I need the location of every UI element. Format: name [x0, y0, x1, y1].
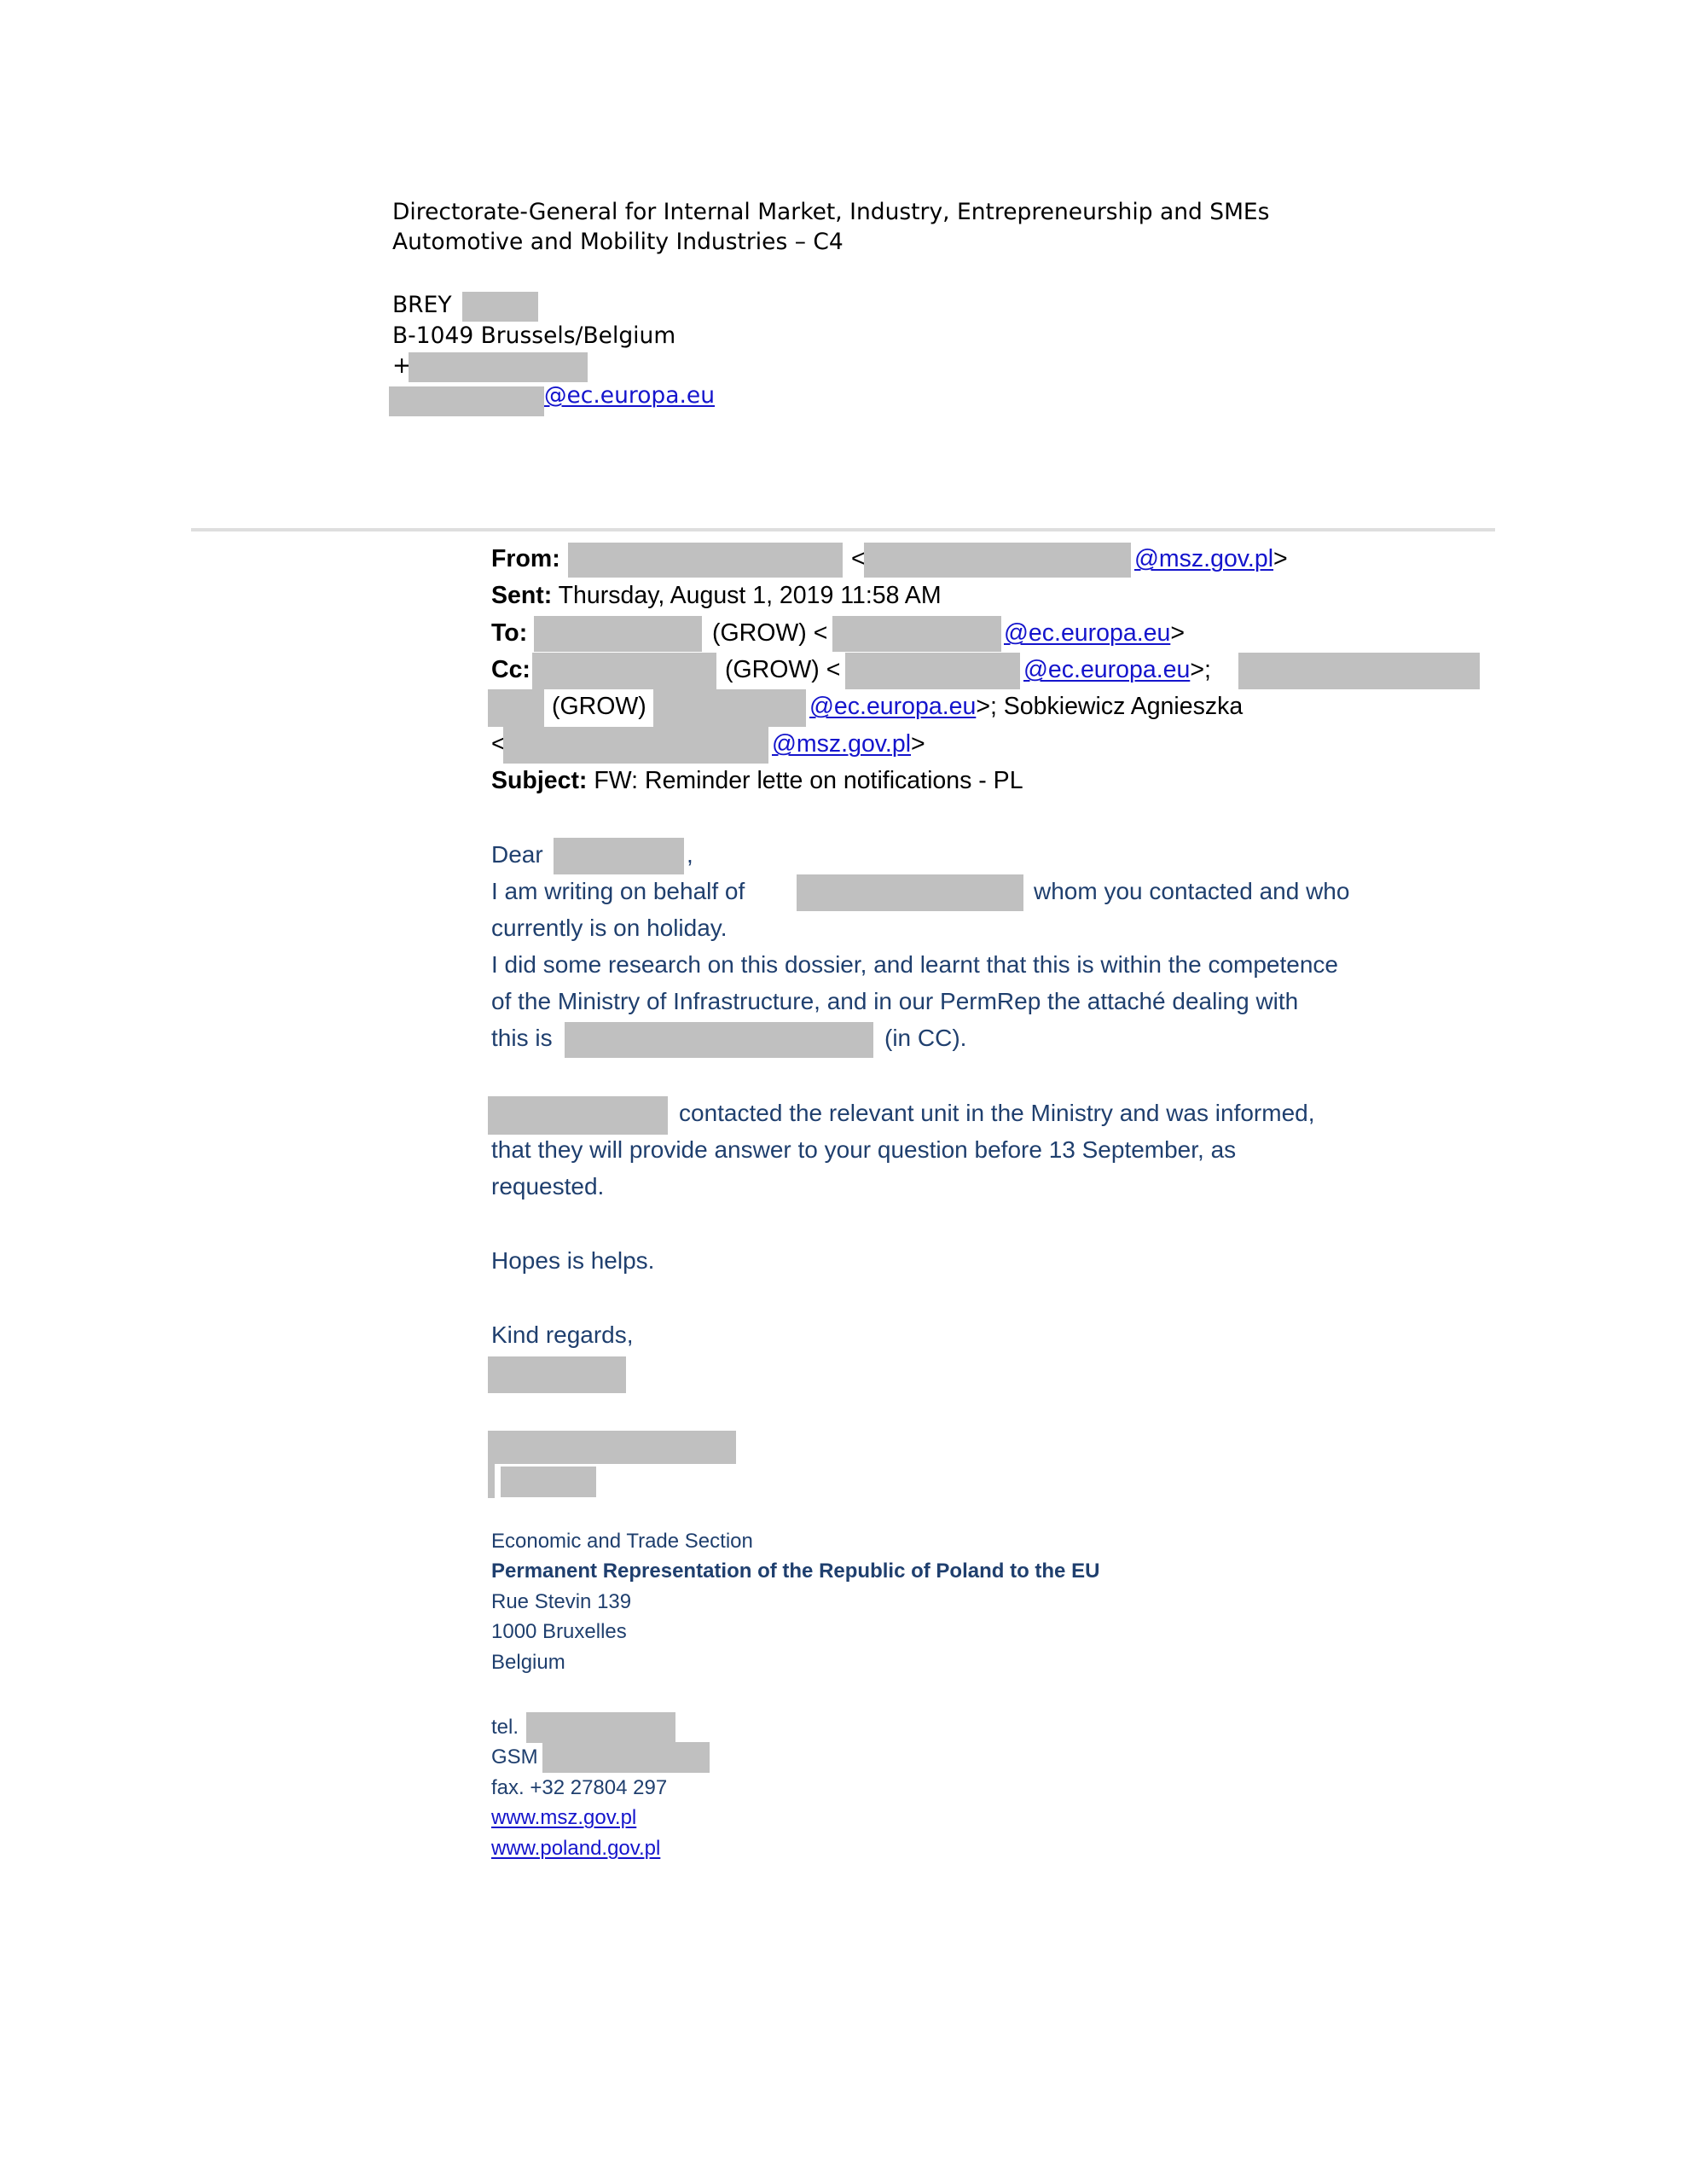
closing: Kind regards,: [491, 1323, 634, 1347]
cc2-separator: >; Sobkiewicz Agnieszka: [976, 693, 1243, 720]
redaction-box: [653, 689, 806, 727]
greeting: Dear: [491, 843, 543, 867]
body-text: Hopes is helps.: [491, 1249, 654, 1273]
redaction-box: [488, 1464, 495, 1498]
to-gt: >: [1170, 619, 1185, 647]
body-text: whom you contacted and who: [1034, 880, 1349, 903]
unit-line: Automotive and Mobility Industries – C4: [392, 231, 843, 254]
signature-country: Belgium: [491, 1653, 565, 1673]
cc2-email-link[interactable]: @ec.europa.eu: [809, 693, 976, 720]
sent-line: Sent: Thursday, August 1, 2019 11:58 AM: [491, 584, 942, 608]
from-email-link[interactable]: @msz.gov.pl: [1134, 545, 1273, 572]
redaction-box: [488, 1356, 626, 1393]
subject-label: Subject:: [491, 767, 587, 794]
dg-line: Directorate-General for Internal Market,…: [392, 201, 1269, 224]
redaction-box: [488, 689, 544, 727]
signature-city: 1000 Bruxelles: [491, 1622, 627, 1642]
redaction-box: [797, 874, 1023, 911]
from-address: @msz.gov.pl>: [1134, 547, 1288, 572]
body-text: I am writing on behalf of: [491, 880, 745, 903]
redaction-box: [832, 616, 1001, 652]
signature-street: Rue Stevin 139: [491, 1592, 631, 1612]
sender-email-link[interactable]: @ec.europa.eu: [544, 385, 715, 408]
signature-section: Economic and Trade Section: [491, 1531, 753, 1552]
msz-website-link[interactable]: www.msz.gov.pl: [491, 1808, 636, 1828]
body-text: I did some research on this dossier, and…: [491, 953, 1338, 977]
redaction-box: [488, 1096, 668, 1135]
to-grow: (GROW) <: [712, 621, 827, 646]
redaction-box: [462, 292, 538, 322]
cc3-email-link[interactable]: @msz.gov.pl: [772, 730, 911, 758]
redaction-box: [532, 653, 716, 689]
cc3-gt: >: [911, 730, 925, 758]
gsm-label: GSM: [491, 1747, 538, 1768]
to-email-link[interactable]: @ec.europa.eu: [1004, 619, 1170, 647]
greeting-comma: ,: [687, 843, 693, 867]
poland-website-link[interactable]: www.poland.gov.pl: [491, 1838, 660, 1859]
body-text: of the Ministry of Infrastructure, and i…: [491, 990, 1298, 1014]
body-text: currently is on holiday.: [491, 916, 728, 940]
body-text: contacted the relevant unit in the Minis…: [679, 1101, 1315, 1125]
cc1-address: @ec.europa.eu>;: [1023, 658, 1211, 682]
sent-value: Thursday, August 1, 2019 11:58 AM: [552, 582, 941, 609]
body-text: (in CC).: [884, 1026, 966, 1050]
redaction-box: [501, 1467, 596, 1497]
to-label: To:: [491, 621, 527, 646]
redaction-box: [864, 543, 1131, 578]
city-line: B-1049 Brussels/Belgium: [392, 325, 675, 348]
redaction-box: [845, 653, 1020, 689]
redaction-box: [488, 1431, 736, 1464]
to-address: @ec.europa.eu>: [1004, 621, 1185, 646]
body-text: that they will provide answer to your qu…: [491, 1138, 1236, 1162]
cc-label: Cc:: [491, 658, 530, 682]
redaction-box: [1238, 653, 1480, 689]
subject-value: FW: Reminder lette on notifications - PL: [587, 767, 1023, 794]
body-text: this is: [491, 1026, 553, 1050]
redaction-box: [565, 1022, 873, 1058]
sent-label: Sent:: [491, 582, 552, 609]
cc2-address: @ec.europa.eu>; Sobkiewicz Agnieszka: [809, 694, 1243, 719]
redaction-box: [568, 543, 843, 578]
from-label: From:: [491, 547, 560, 572]
redaction-box: [503, 727, 768, 764]
from-gt: >: [1273, 545, 1288, 572]
redaction-box: [554, 838, 684, 874]
message-separator: [191, 528, 1495, 531]
tel-label: tel.: [491, 1717, 519, 1738]
cc1-email-link[interactable]: @ec.europa.eu: [1023, 656, 1190, 683]
cc3-address: @msz.gov.pl>: [772, 732, 925, 757]
body-text: requested.: [491, 1175, 604, 1199]
cc1-separator: >;: [1190, 656, 1211, 683]
cc2-grow: (GROW): [552, 694, 646, 719]
redaction-box: [389, 386, 544, 416]
fax-line: fax. +32 27804 297: [491, 1778, 667, 1798]
subject-line: Subject: FW: Reminder lette on notificat…: [491, 769, 1023, 793]
redaction-box: [534, 616, 702, 652]
redaction-box: [542, 1742, 710, 1773]
redaction-box: [526, 1712, 675, 1743]
building-label: BREY: [392, 294, 452, 317]
redaction-box: [409, 352, 588, 382]
signature-organisation: Permanent Representation of the Republic…: [491, 1561, 1099, 1582]
cc1-grow: (GROW) <: [725, 658, 840, 682]
